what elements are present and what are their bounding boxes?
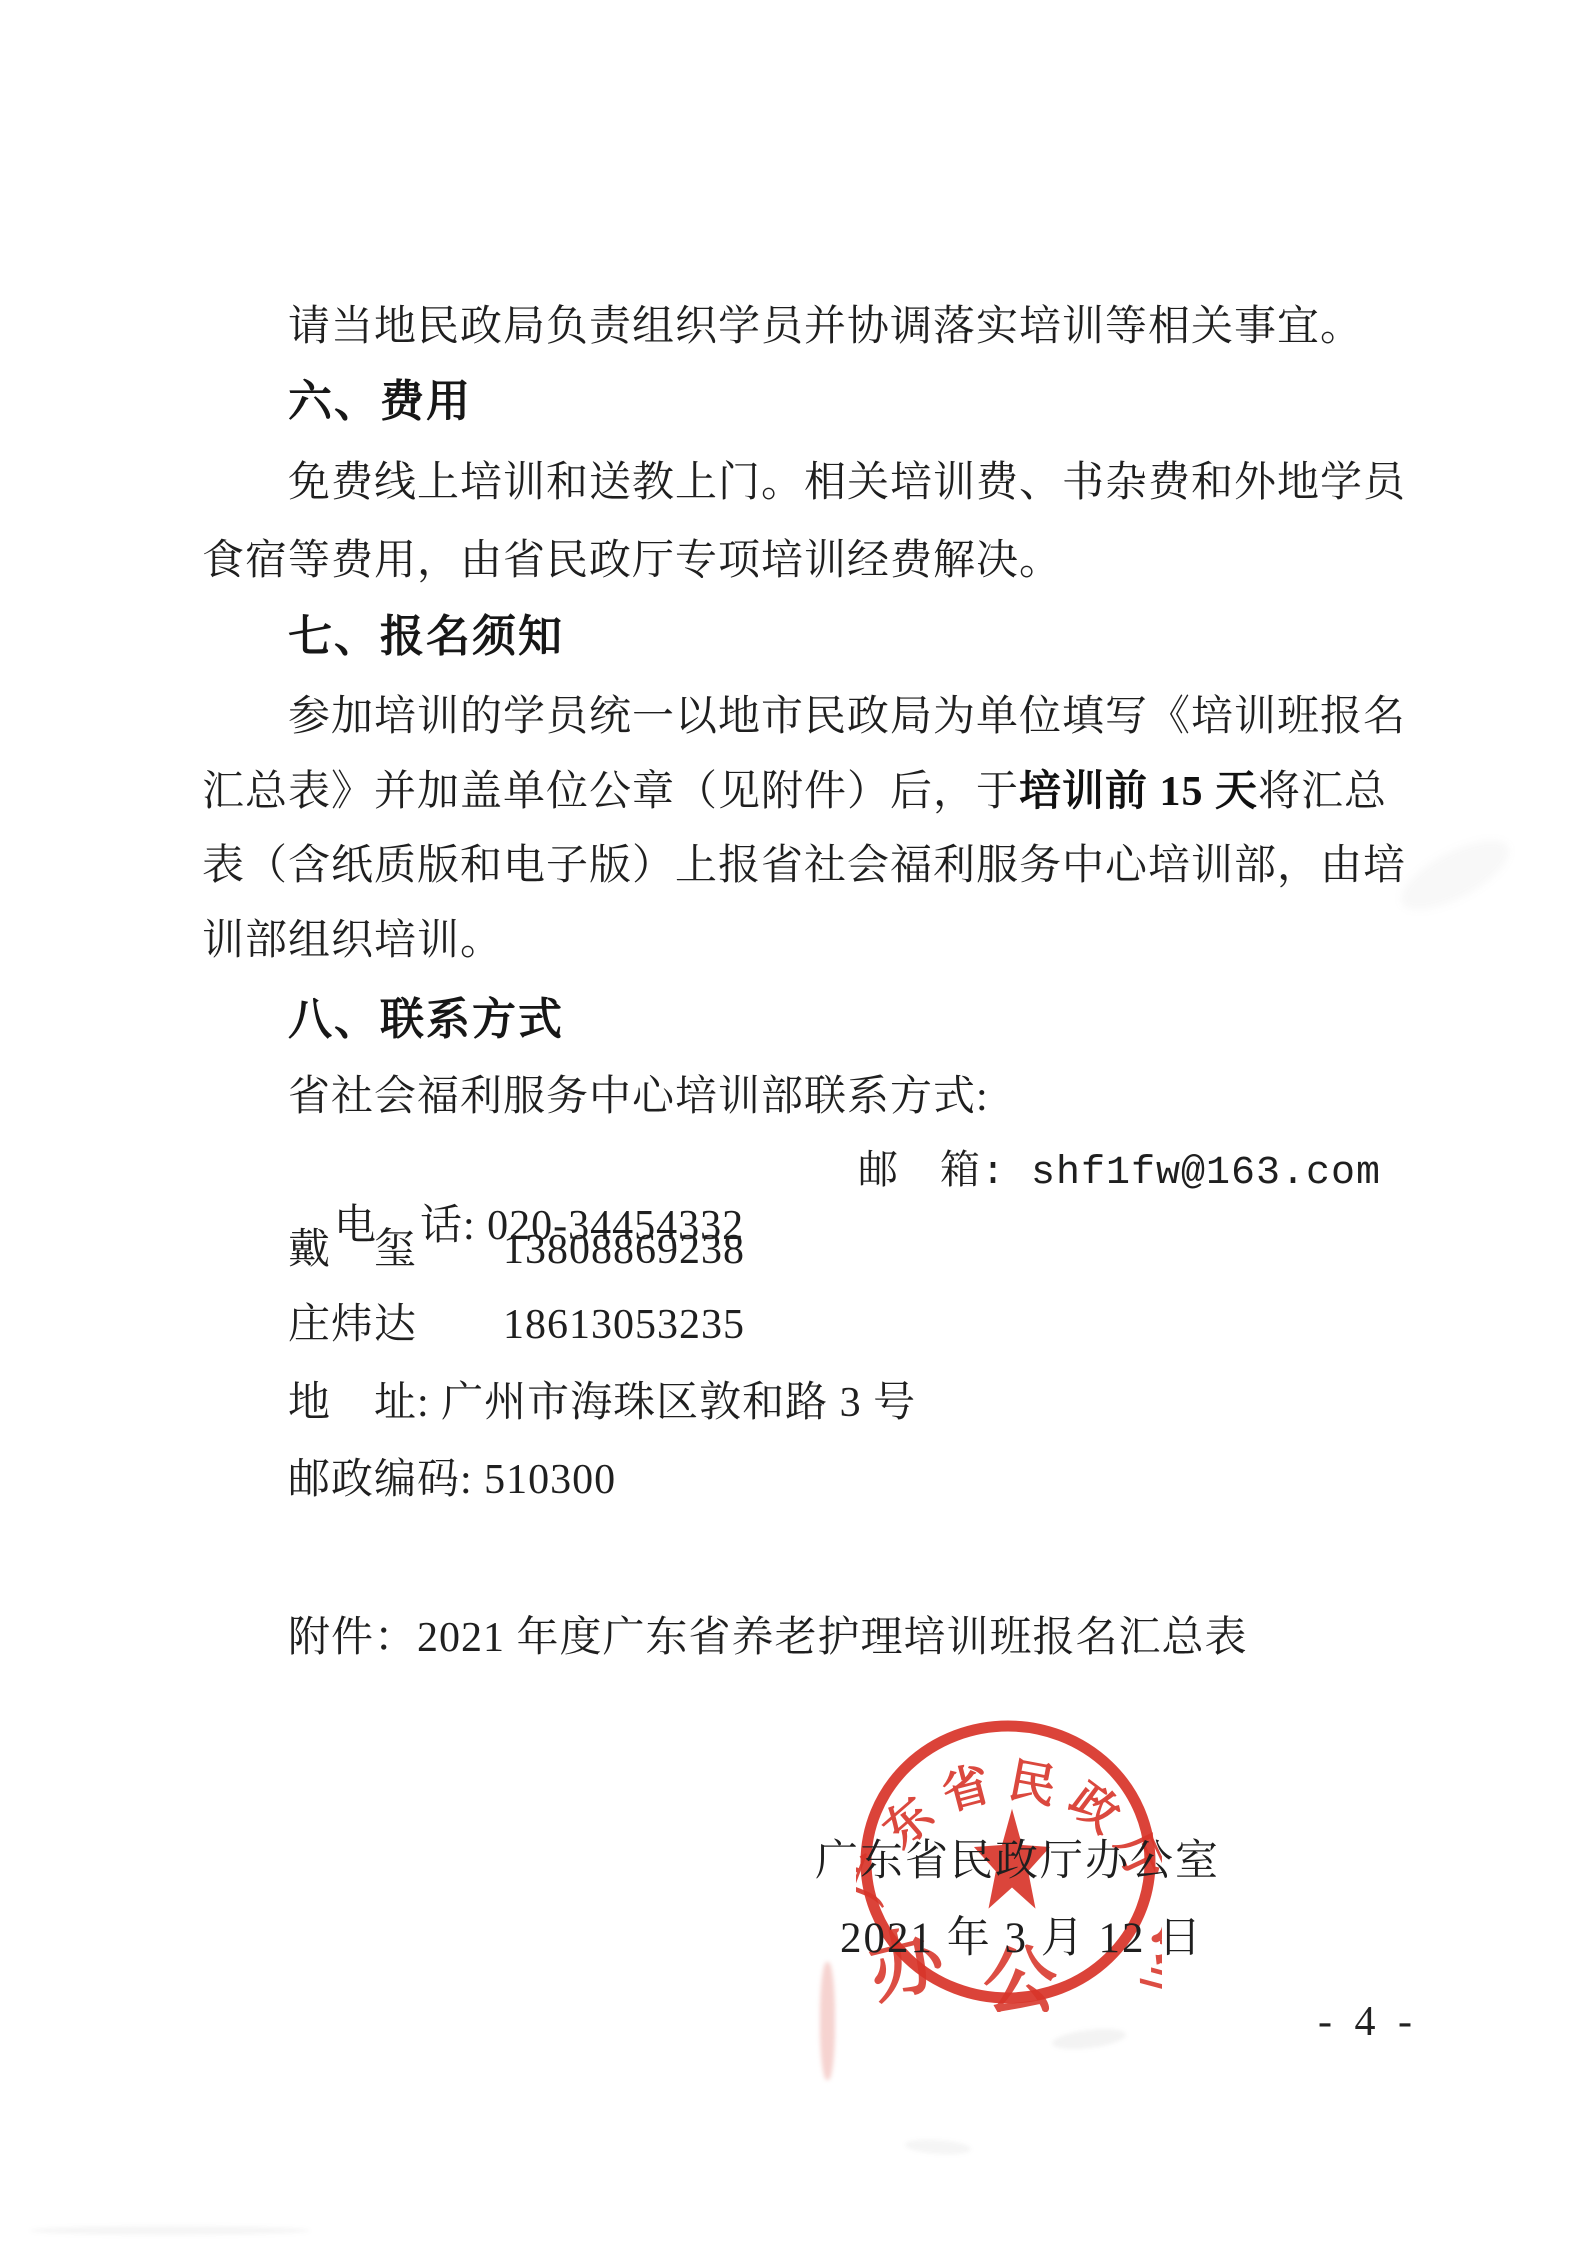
signup-line2-bold-deadline: 培训前 15 天 [1019, 769, 1258, 815]
contact-person-dai: 戴 玺 13808869238 [288, 1224, 745, 1277]
fee-paragraph-line-2: 食宿等费用，由省民政厅专项培训经费解决。 [202, 535, 1062, 588]
attachment-line: 附件：2021 年度广东省养老护理培训班报名汇总表 [288, 1612, 1248, 1665]
scan-smudge [30, 2226, 310, 2235]
seal-ink-smudge [820, 1962, 835, 2080]
paragraph-intro: 请当地民政局负责组织学员并协调落实培训等相关事宜。 [288, 301, 1363, 354]
section-6-heading: 六、费用 [288, 374, 472, 429]
contact-intro-line: 省社会福利服务中心培训部联系方式: [288, 1071, 989, 1124]
contact-postcode: 邮政编码: 510300 [288, 1454, 616, 1507]
section-7-heading: 七、报名须知 [288, 609, 564, 664]
contact-person-zhuang: 庄炜达 18613053235 [288, 1299, 745, 1352]
page-number: - 4 - [1318, 1996, 1418, 2049]
contact-email: 邮 箱: shf1fw@163.com [858, 1149, 1381, 1199]
fee-paragraph-line-1: 免费线上培训和送教上门。相关培训费、书杂费和外地学员 [288, 457, 1406, 510]
signup-line2-pre: 汇总表》并加盖单位公章（见附件）后，于 [202, 769, 1019, 815]
scan-smudge [1051, 2026, 1127, 2053]
signup-paragraph-line-3: 表（含纸质版和电子版）上报省社会福利服务中心培训部，由培 [202, 840, 1406, 893]
signup-line2-post: 将汇总 [1258, 769, 1387, 815]
scan-smudge [905, 2138, 972, 2157]
section-8-heading: 八、联系方式 [288, 992, 564, 1047]
contact-address: 地 址: 广州市海珠区敦和路 3 号 [288, 1377, 916, 1430]
signature-date: 2021 年 3 月 12 日 [840, 1912, 1203, 1966]
signup-paragraph-line-2: 汇总表》并加盖单位公章（见附件）后，于培训前 15 天将汇总 [202, 766, 1387, 819]
document-page: 请当地民政局负责组织学员并协调落实培训等相关事宜。 六、费用 免费线上培训和送教… [0, 0, 1580, 2244]
scan-smudge [1391, 827, 1519, 924]
signature-office: 广东省民政厅办公室 [815, 1835, 1220, 1889]
signup-paragraph-line-4: 训部组织培训。 [202, 915, 503, 968]
signup-paragraph-line-1: 参加培训的学员统一以地市民政局为单位填写《培训班报名 [288, 691, 1406, 744]
